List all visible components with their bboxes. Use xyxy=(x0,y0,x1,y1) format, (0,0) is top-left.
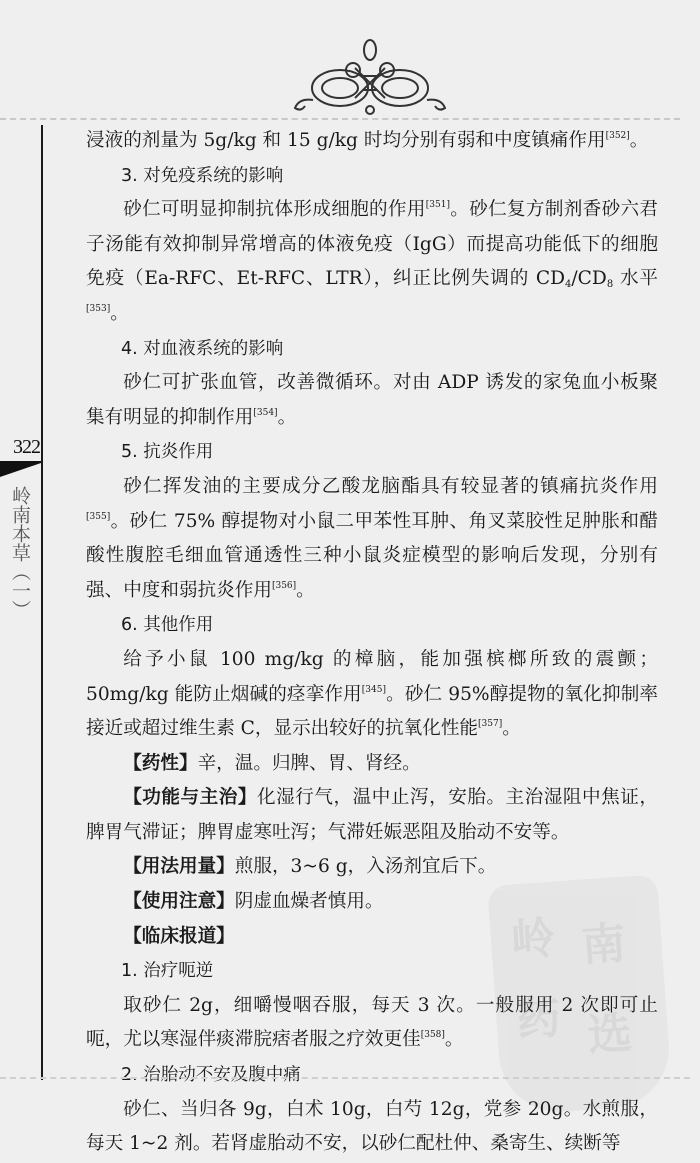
clinical-item-heading: 2. 治胎动不安及腹中痛 xyxy=(86,1058,658,1093)
section-heading-other: 6. 其他作用 xyxy=(86,608,658,643)
paragraph: 取砂仁 2g，细嚼慢咽吞服，每天 3 次。一般服用 2 次即可止呃，尤以寒湿伴痰… xyxy=(86,989,658,1058)
page-number: 322 xyxy=(2,436,40,459)
section-heading-blood: 4. 对血液系统的影响 xyxy=(86,332,658,367)
clinical-item-heading: 1. 治疗呃逆 xyxy=(86,954,658,989)
citation: [351] xyxy=(426,200,450,210)
citation: [345] xyxy=(362,685,386,695)
function-entry: 【功能与主治】化湿行气，温中止泻，安胎。主治湿阻中焦证，脾胃气滞证；脾胃虚寒吐泻… xyxy=(86,781,658,850)
paragraph: 给予小鼠 100 mg/kg 的樟脑，能加强槟榔所致的震颤；50mg/kg 能防… xyxy=(86,643,658,747)
caution-entry: 【使用注意】阴虚血燥者慎用。 xyxy=(86,885,658,920)
footer-divider xyxy=(0,1077,690,1079)
paragraph: 砂仁、当归各 9g，白术 10g，白芍 12g，党参 20g。水煎服，每天 1~… xyxy=(86,1093,658,1162)
citation: [354] xyxy=(253,408,277,418)
citation: [357] xyxy=(478,719,502,729)
paragraph: 砂仁挥发油的主要成分乙酸龙脑酯具有较显著的镇痛抗炎作用[355]。砂仁 75% … xyxy=(86,470,658,608)
dosage-entry: 【用法用量】煎服，3~6 g，入汤剂宜后下。 xyxy=(86,850,658,885)
paragraph: 砂仁可明显抑制抗体形成细胞的作用[351]。砂仁复方制剂香砂六君子汤能有效抑制异… xyxy=(86,193,658,331)
page-number-wedge xyxy=(0,463,41,477)
paragraph: 浸液的剂量为 5g/kg 和 15 g/kg 时均分别有弱和中度镇痛作用[352… xyxy=(86,124,658,159)
citation: [358] xyxy=(421,1030,445,1040)
running-title: 岭南本草（一） xyxy=(8,486,34,619)
citation: [356] xyxy=(272,581,296,591)
property-entry: 【药性】辛，温。归脾、胃、肾经。 xyxy=(86,747,658,782)
section-heading-immune: 3. 对免疫系统的影响 xyxy=(86,159,658,194)
header-divider xyxy=(0,118,680,120)
body-text: 浸液的剂量为 5g/kg 和 15 g/kg 时均分别有弱和中度镇痛作用[352… xyxy=(86,124,658,1162)
section-heading-antiinflammatory: 5. 抗炎作用 xyxy=(86,435,658,470)
citation: [355] xyxy=(86,512,110,522)
paragraph: 砂仁可扩张血管，改善微循环。对由 ADP 诱发的家兔血小板聚集有明显的抑制作用[… xyxy=(86,366,658,435)
clinical-reports-heading: 【临床报道】 xyxy=(86,920,658,955)
margin-rule xyxy=(41,125,43,1080)
citation: [352] xyxy=(606,131,630,141)
citation: [353] xyxy=(86,304,110,314)
decorative-knot-ornament xyxy=(285,38,455,118)
